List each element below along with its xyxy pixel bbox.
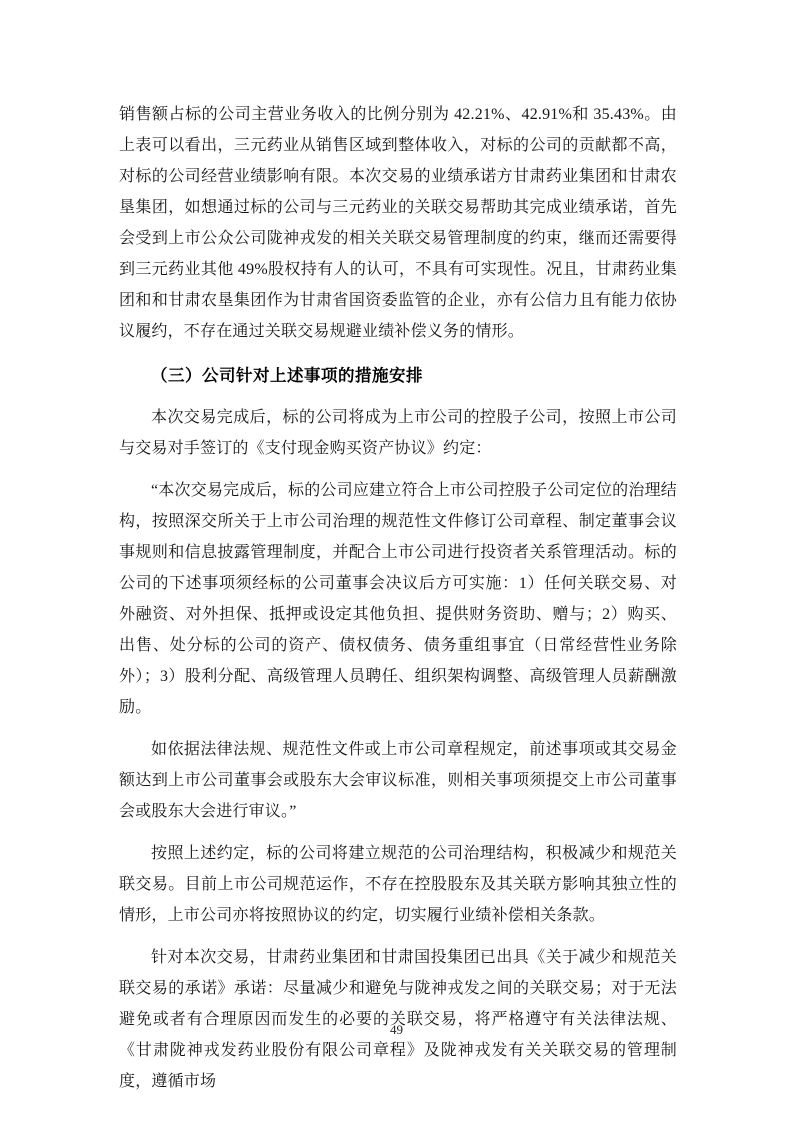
document-page: 销售额占标的公司主营业务收入的比例分别为 42.21%、42.91%和 35.4… [0,0,793,1122]
section-heading: （三）公司针对上述事项的措施安排 [119,360,677,391]
paragraph: 按照上述约定，标的公司将建立规范的公司治理结构，积极减少和规范关联交易。目前上市… [119,838,677,931]
paragraph: 针对本次交易，甘肃药业集团和甘肃国投集团已出具《关于减少和规范关联交易的承诺》承… [119,942,677,1097]
paragraph: 如依据法律法规、规范性文件或上市公司章程规定，前述事项或其交易金额达到上市公司董… [119,734,677,827]
paragraph: 销售额占标的公司主营业务收入的比例分别为 42.21%、42.91%和 35.4… [119,99,677,347]
document-body: 销售额占标的公司主营业务收入的比例分别为 42.21%、42.91%和 35.4… [119,88,677,1097]
page-number: 49 [0,1022,793,1038]
paragraph: 本次交易完成后，标的公司将成为上市公司的控股子公司，按照上市公司与交易对手签订的… [119,402,677,464]
paragraph: “本次交易完成后，标的公司应建立符合上市公司控股子公司定位的治理结构，按照深交所… [119,475,677,723]
